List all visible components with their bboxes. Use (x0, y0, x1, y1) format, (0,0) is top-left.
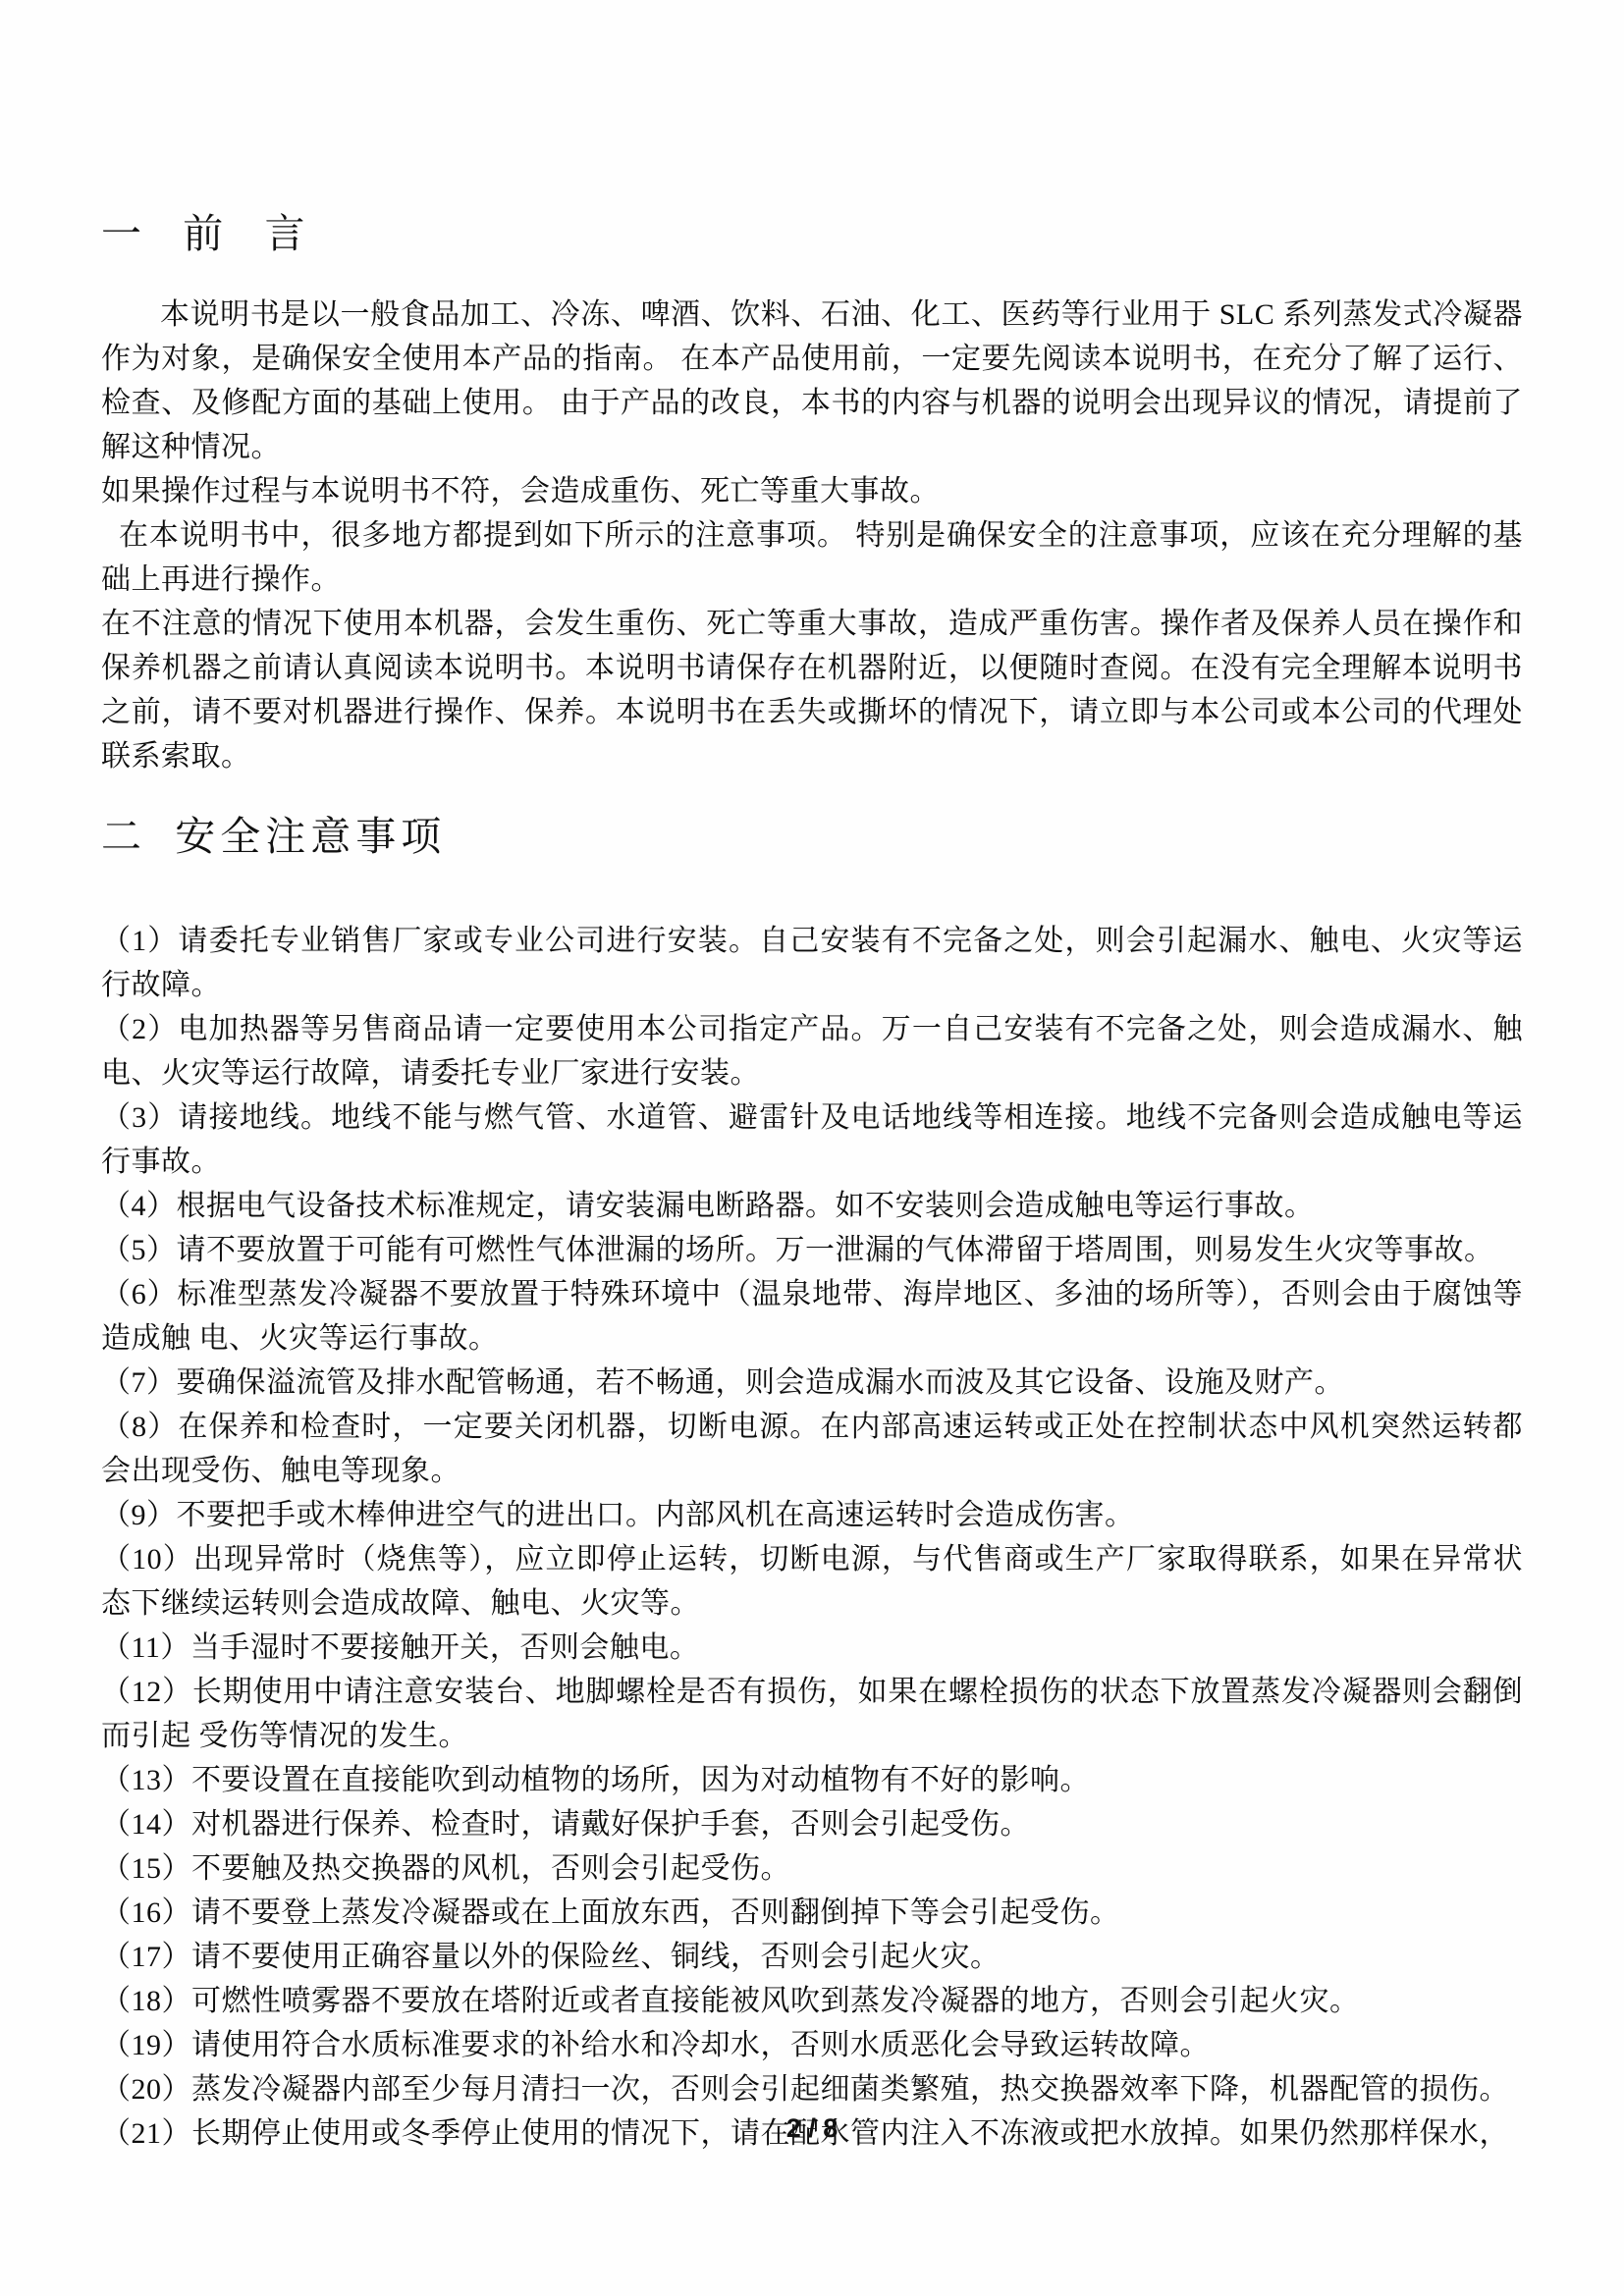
safety-item-7: （7）要确保溢流管及排水配管畅通，若不畅通，则会造成漏水而波及其它设备、设施及财… (101, 1361, 1523, 1405)
safety-item-11: （11）当手湿时不要接触开关，否则会触电。 (101, 1626, 1523, 1670)
safety-item-19: （19）请使用符合水质标准要求的补给水和冷却水，否则水质恶化会导致运转故障。 (101, 2023, 1523, 2067)
safety-item-5: （5）请不要放置于可能有可燃性气体泄漏的场所。万一泄漏的气体滞留于塔周围，则易发… (101, 1228, 1523, 1272)
safety-item-8: （8）在保养和检查时，一定要关闭机器，切断电源。在内部高速运转或正处在控制状态中… (101, 1405, 1523, 1493)
notice-reference-paragraph: 在本说明书中，很多地方都提到如下所示的注意事项。 特别是确保安全的注意事项，应该… (101, 513, 1523, 602)
safety-item-20: （20）蒸发冷凝器内部至少每月清扫一次，否则会引起细菌类繁殖，热交换器效率下降，… (101, 2067, 1523, 2111)
safety-item-4: （4）根据电气设备技术标准规定，请安装漏电断路器。如不安装则会造成触电等运行事故… (101, 1184, 1523, 1228)
safety-item-14: （14）对机器进行保养、检查时，请戴好保护手套，否则会引起受伤。 (101, 1802, 1523, 1846)
warning-paragraph: 如果操作过程与本说明书不符，会造成重伤、死亡等重大事故。 (101, 469, 1523, 513)
safety-item-12: （12）长期使用中请注意安装台、地脚螺栓是否有损伤，如果在螺栓损伤的状态下放置蒸… (101, 1670, 1523, 1758)
safety-item-13: （13）不要设置在直接能吹到动植物的场所，因为对动植物有不好的影响。 (101, 1758, 1523, 1802)
safety-item-16: （16）请不要登上蒸发冷凝器或在上面放东西，否则翻倒掉下等会引起受伤。 (101, 1891, 1523, 1935)
safety-item-2: （2）电加热器等另售商品请一定要使用本公司指定产品。万一自己安装有不完备之处，则… (101, 1007, 1523, 1095)
safety-items-list: （1）请委托专业销售厂家或专业公司进行安装。自己安装有不完备之处，则会引起漏水、… (101, 919, 1523, 2156)
safety-item-3: （3）请接地线。地线不能与燃气管、水道管、避雷针及电话地线等相连接。地线不完备则… (101, 1095, 1523, 1184)
document-page: 一 前 言 本说明书是以一般食品加工、冷冻、啤酒、饮料、石油、化工、医药等行业用… (0, 0, 1624, 2296)
section-2-heading: 二 安全注意事项 (101, 804, 1523, 862)
safety-item-6: （6）标准型蒸发冷凝器不要放置于特殊环境中（温泉地带、海岸地区、多油的场所等），… (101, 1272, 1523, 1361)
safety-item-9: （9）不要把手或木棒伸进空气的进出口。内部风机在高速运转时会造成伤害。 (101, 1493, 1523, 1537)
safety-item-1: （1）请委托专业销售厂家或专业公司进行安装。自己安装有不完备之处，则会引起漏水、… (101, 919, 1523, 1007)
safety-item-17: （17）请不要使用正确容量以外的保险丝、铜线，否则会引起火灾。 (101, 1935, 1523, 1979)
intro-paragraph: 本说明书是以一般食品加工、冷冻、啤酒、饮料、石油、化工、医药等行业用于 SLC … (101, 293, 1523, 469)
safety-item-10: （10）出现异常时（烧焦等），应立即停止运转，切断电源，与代售商或生产厂家取得联… (101, 1537, 1523, 1626)
manual-keeping-paragraph: 在不注意的情况下使用本机器，会发生重伤、死亡等重大事故，造成严重伤害。操作者及保… (101, 602, 1523, 778)
page-number: 2 / 8 (0, 2113, 1624, 2144)
section-1-heading: 一 前 言 (101, 201, 1523, 259)
safety-item-18: （18）可燃性喷雾器不要放在塔附近或者直接能被风吹到蒸发冷凝器的地方，否则会引起… (101, 1979, 1523, 2023)
safety-item-15: （15）不要触及热交换器的风机，否则会引起受伤。 (101, 1846, 1523, 1891)
